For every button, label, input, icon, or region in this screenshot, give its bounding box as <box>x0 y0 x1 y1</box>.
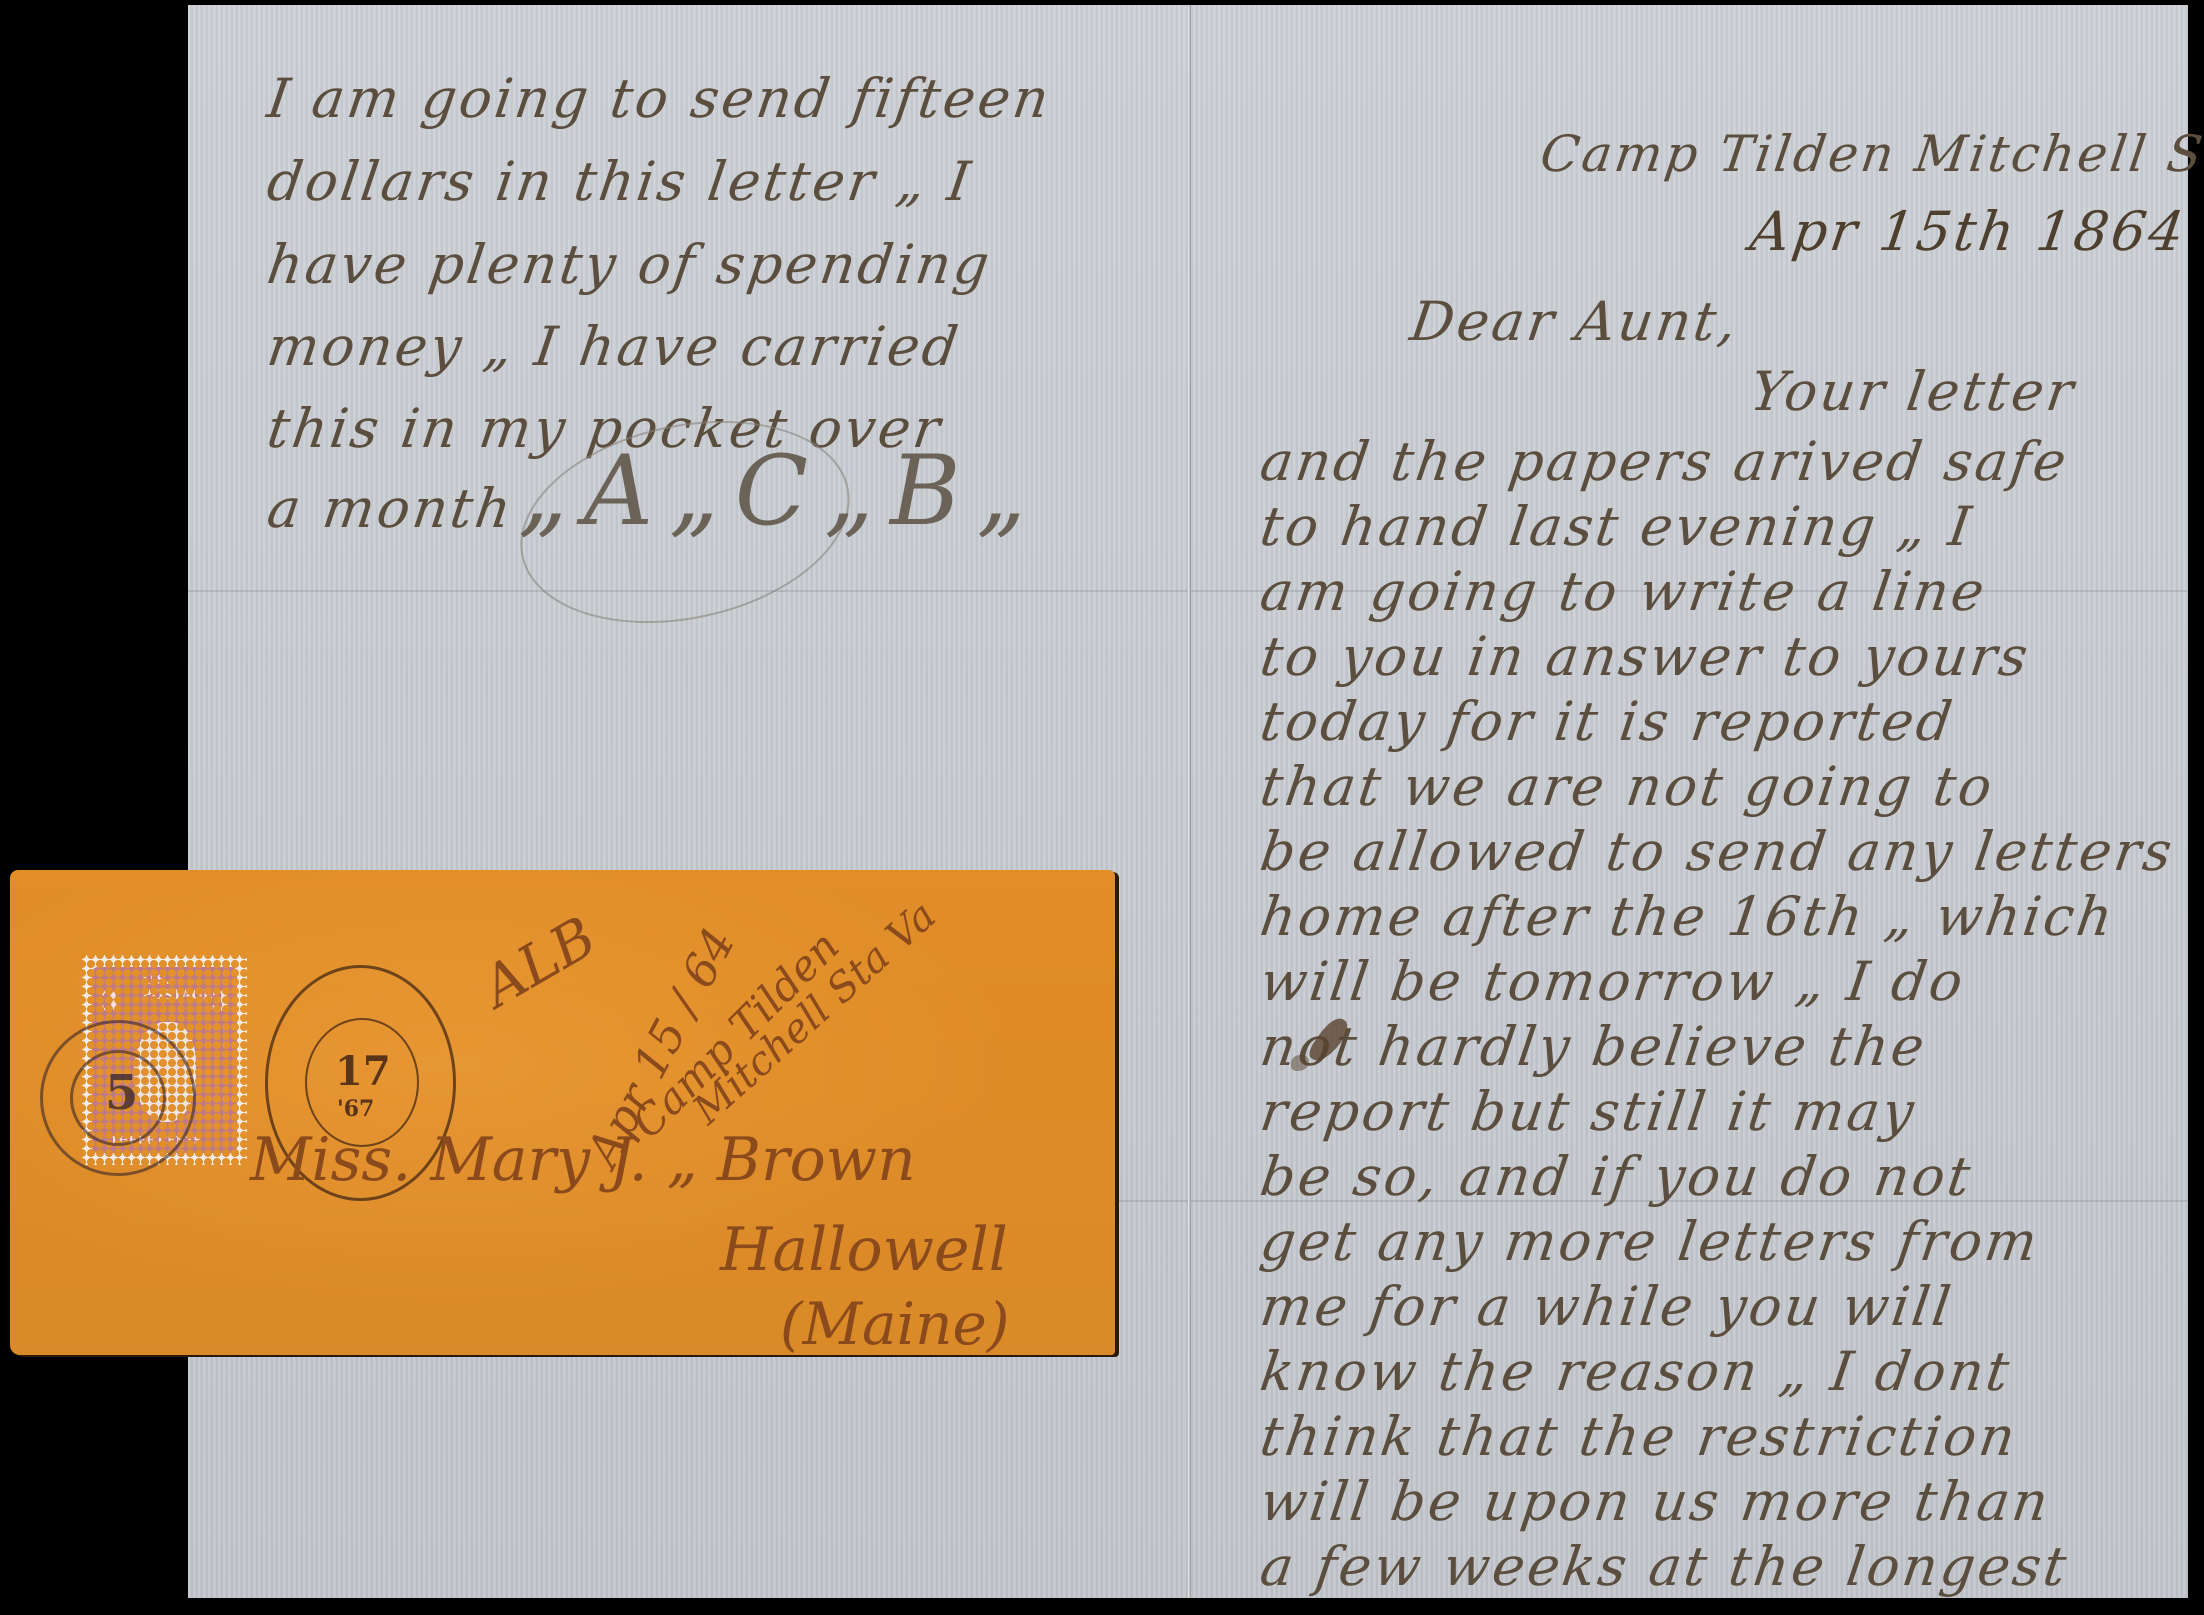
left-line-6: a month <box>264 477 518 540</box>
envelope: U.S. POSTAGE 3 3 THREE CENTS 5 17 '67 AL… <box>10 870 1115 1355</box>
cancel-number: 5 <box>105 1065 138 1121</box>
body-line: to hand last evening „ I <box>1257 495 1978 558</box>
stamp-denomination-left: 3 <box>100 987 118 1017</box>
signature: „A„C„B„ <box>518 435 1042 547</box>
body-line: and the papers arived safe <box>1257 430 2073 493</box>
address-state: (Maine) <box>780 1290 1009 1358</box>
body-line: be allowed to send any letters <box>1257 820 2179 883</box>
body-line: will be tomorrow „ I do <box>1257 950 1970 1013</box>
body-line: that we are not going to <box>1257 755 1999 818</box>
postmark-year: '67 <box>337 1096 374 1122</box>
body-line: will be upon us more than <box>1257 1470 2055 1533</box>
body-line: report but still it may <box>1257 1080 1921 1143</box>
left-line-2: dollars in this letter „ I <box>264 150 977 213</box>
body-line: home after the 16th „ which <box>1257 885 2120 948</box>
postmark-day: 17 <box>335 1048 391 1095</box>
body-line: me for a while you will <box>1257 1275 1958 1338</box>
heading-date: Apr 15th 1864 <box>1747 200 2191 263</box>
left-page: I am going to send fifteen dollars in th… <box>188 5 1188 1598</box>
body-line: get any more letters from <box>1257 1210 2044 1273</box>
body-line: know the reason „ I dont <box>1257 1340 2016 1403</box>
body-line: today for it is reported <box>1257 690 1959 753</box>
letter-sheet: I am going to send fifteen dollars in th… <box>188 5 2188 1598</box>
body-line: not hardly believe the <box>1257 1015 1931 1078</box>
body-line: a few weeks at the longest <box>1257 1535 2073 1598</box>
body-line: be so, and if you do not <box>1257 1145 1977 1208</box>
body-line: Your letter <box>1747 360 2080 423</box>
body-line: to you in answer to yours <box>1257 625 2035 688</box>
body-line: think that the restriction <box>1257 1405 2022 1468</box>
heading-place: Camp Tilden Mitchell Station <box>1537 125 2204 183</box>
left-line-3: have plenty of spending <box>264 233 996 296</box>
left-line-4: money „ I have carried <box>264 315 965 378</box>
stamp-denomination-right: 3 <box>211 987 229 1017</box>
sender-initials: ALB <box>472 905 607 1021</box>
right-page: Camp Tilden Mitchell Station Apr 15th 18… <box>1191 5 2188 1598</box>
body-line: am going to write a line <box>1257 560 1991 623</box>
address-city: Hallowell <box>720 1215 1008 1285</box>
address-name: Miss. Mary J. „ Brown <box>250 1125 916 1195</box>
left-line-1: I am going to send fifteen <box>264 67 1056 130</box>
salutation: Dear Aunt, <box>1407 290 1744 353</box>
